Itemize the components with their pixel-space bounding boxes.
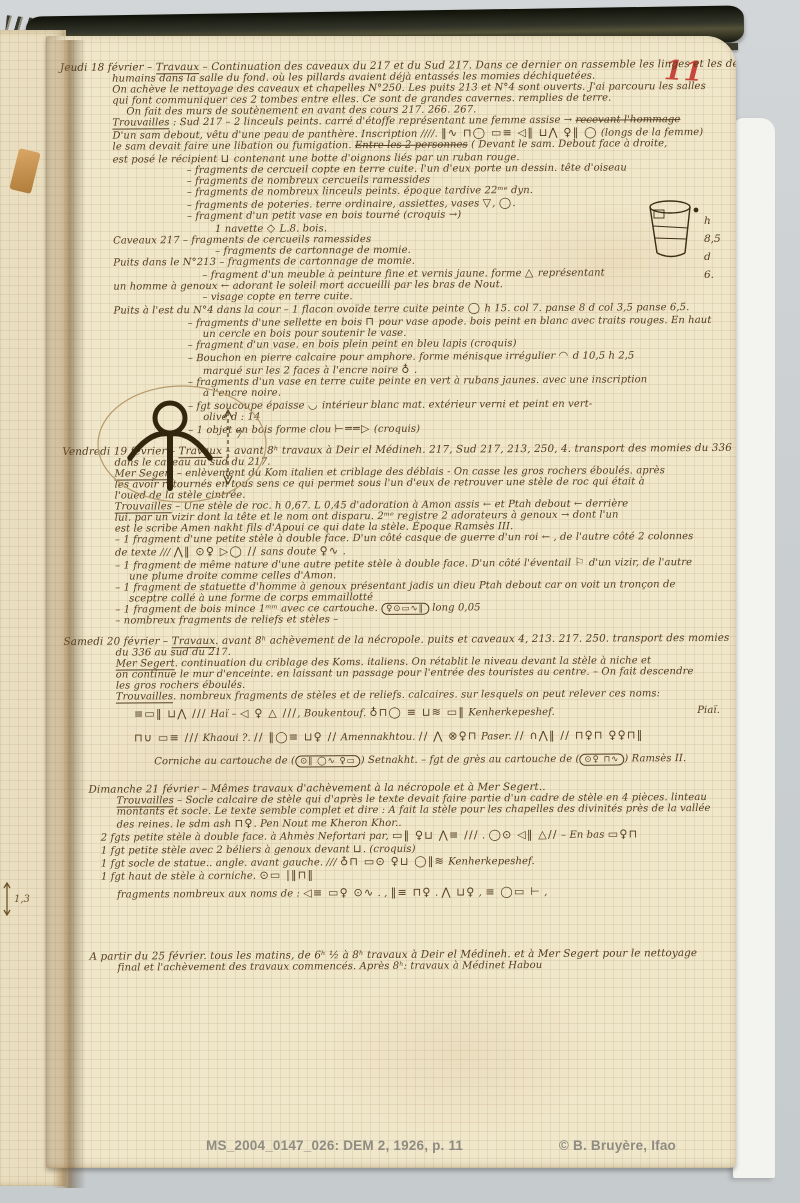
text-segment: – En bas xyxy=(558,830,608,841)
text-segment: . xyxy=(411,365,418,376)
cup-sketch: h 8,5 d 6. xyxy=(648,198,700,265)
notebook-photo: 11 Jeudi 18 février – Travaux – Continua… xyxy=(0,0,800,1203)
cartouche: ♀⊙▭∿‖ xyxy=(381,603,429,615)
text-segment: long 0,05 xyxy=(429,602,481,613)
text-segment: d'un vizir, de l'autre xyxy=(585,557,692,569)
hieroglyphs: ⋀ ⊔♀ xyxy=(441,885,475,898)
text-segment: 1 navette xyxy=(215,224,267,235)
text-segment: des reines. le sdm ash xyxy=(117,819,235,831)
text-segment: – nombreux fragments de reliefs et stèle… xyxy=(115,614,338,626)
text-segment: . , xyxy=(374,888,390,899)
text-segment: . xyxy=(479,830,489,841)
text-segment: Paser. xyxy=(478,731,515,742)
text-segment: Kenherkepeshef. xyxy=(465,707,555,719)
manuscript-line: fragments nombreux aux noms de : ◁≡ ▭♀ ⊙… xyxy=(51,879,736,907)
text-segment: . xyxy=(512,198,515,209)
text-segment: , Boukentouf. xyxy=(297,708,369,719)
hieroglyphs: ⊓♀ xyxy=(235,817,254,830)
text-segment: d 10,5 h 2,5 xyxy=(569,350,634,361)
hieroglyphs: // ‖◯≡ ⊔♀ // xyxy=(254,730,337,744)
caption-id: MS_2004_0147_026: DEM 2, 1926, p. 11 xyxy=(206,1138,463,1153)
text-segment: (croquis) xyxy=(371,424,421,435)
circled-mark-sketch: 7 xyxy=(94,382,274,515)
text-segment: Entre les 2 personnes xyxy=(355,139,468,151)
margin-measurement-note: 1,3 xyxy=(2,880,30,918)
hieroglyphs: // ⋀ ⊗♀⊓ xyxy=(419,729,478,742)
text-segment: final et l'achèvement des travaux commen… xyxy=(118,960,543,974)
hieroglyphs: // ∩⋀‖ // ⊓♀⊓ ♀♀⊓‖ xyxy=(515,728,643,742)
manuscript-page: 11 Jeudi 18 février – Travaux – Continua… xyxy=(46,36,736,1168)
text-segment: – 1 fragment de bois mince 1ᵐᵐ avec ce c… xyxy=(115,603,381,616)
hieroglyphs: ‖≡ ⊓♀ xyxy=(391,886,432,899)
text-segment: ) Ramsès II. xyxy=(624,753,686,764)
double-arrow-icon xyxy=(2,880,12,918)
text-segment: . Pen Nout me Kheron Khor.. xyxy=(254,818,402,830)
text-segment: de texte /// xyxy=(115,547,174,558)
hieroglyphs: ◯ xyxy=(499,196,513,209)
caption: MS_2004_0147_026: DEM 2, 1926, p. 11 © B… xyxy=(206,1138,676,1153)
circled-mark-drawing xyxy=(94,382,274,510)
hieroglyphs: ◯⊙ ◁‖ △// xyxy=(489,828,558,841)
hieroglyphs: ⊓∪ ▭≡ /// xyxy=(134,731,199,744)
text-segment: . (croquis) xyxy=(363,844,416,855)
text-segment: Corniche au cartouche de ( xyxy=(154,755,295,767)
text-segment: – visage copte en terre cuite. xyxy=(202,291,352,303)
manuscript-lines: Jeudi 18 février – Travaux – Continuatio… xyxy=(46,58,736,974)
gutter-seam xyxy=(52,40,86,1188)
margin-note-value: 1,3 xyxy=(14,894,30,905)
hieroglyphs: ⊔ xyxy=(353,842,363,855)
text-segment: L.8. bois. xyxy=(276,223,327,234)
hieroglyphs: ◯ xyxy=(468,301,482,314)
hieroglyphs: ◁ ♀ △ /// xyxy=(240,706,297,719)
text-segment: Amennakhtou. xyxy=(337,732,418,743)
hieroglyphs: ⊓ xyxy=(365,315,375,328)
hieroglyphs: ◇ xyxy=(267,222,277,235)
text-segment: recevant l'hommage xyxy=(575,114,680,126)
text-segment: , xyxy=(475,887,485,898)
hieroglyphs: ≡ ◯▭ ⊢ xyxy=(485,885,541,898)
caption-credit: © B. Bruyère, Ifao xyxy=(559,1138,676,1153)
text-segment: ) Setnakht. – fgt de grès au cartouche d… xyxy=(361,754,580,766)
cup-height-label: h 8,5 xyxy=(704,212,721,248)
text-segment: pour vase apode. bois peint en blanc ave… xyxy=(375,315,711,328)
text-segment: Kenherkepeshef. xyxy=(445,856,535,868)
hieroglyphs: ⊔ xyxy=(221,152,231,165)
hieroglyphs: ▭‖ ♀⊔ ⋀≡ /// xyxy=(392,828,479,842)
text-segment: Haï – xyxy=(207,709,240,720)
hieroglyphs: ♁⊓ ▭⊙ ♀⊔ ◯‖≋ xyxy=(340,855,445,869)
text-segment: ( Devant le sam. Debout face à droite, xyxy=(468,138,668,150)
hieroglyphs: ≡▭‖ ⊔⋀ /// xyxy=(134,707,207,720)
text-segment: du 336 au sud du 217. xyxy=(116,647,231,659)
cartouche: ⊙‖ ◯∿ ♀▭ xyxy=(295,755,361,767)
text-segment: représentant xyxy=(535,268,605,279)
text-segment: . xyxy=(432,888,442,899)
text-segment: . xyxy=(339,546,346,557)
text-segment: Piaï. xyxy=(697,699,720,722)
text-segment: (longs de la femme) xyxy=(598,127,704,139)
hieroglyphs: ⚐ xyxy=(574,556,585,569)
hieroglyphs: ⊢══▷ xyxy=(334,422,370,435)
hieroglyphs: ♁⊓◯ ≡ ⊔≋ ▭‖ xyxy=(369,705,465,719)
cup-sketch-drawing xyxy=(648,198,700,260)
hieroglyphs: ◡ xyxy=(308,398,319,411)
text-segment: , xyxy=(541,887,548,898)
text-segment: est posé le récipient xyxy=(113,154,221,166)
hieroglyphs: ▭♀⊓ xyxy=(608,827,639,840)
text-segment: Khaoui ?. xyxy=(199,733,254,744)
hieroglyphs: ⋀‖ ⊙♀ ▷◯ // xyxy=(174,545,258,559)
cup-dimensions: h 8,5 d 6. xyxy=(704,212,721,284)
text-segment: intérieur blanc mat. extérieur verni et … xyxy=(319,399,593,412)
hieroglyphs: △ xyxy=(525,266,535,279)
text-segment: – fragment d'un petit vase en bois tourn… xyxy=(187,209,461,222)
hieroglyphs: ◁≡ ▭♀ ⊙∿ xyxy=(303,886,374,899)
text-segment: les gros rochers éboulés. xyxy=(116,680,246,692)
cup-diameter-label: d 6. xyxy=(704,248,721,284)
hieroglyphs: ◠ xyxy=(559,349,570,362)
manuscript-line: Corniche au cartouche de (⊙‖ ◯∿ ♀▭) Setn… xyxy=(50,747,736,775)
text-segment: sans doute xyxy=(257,546,319,557)
hieroglyphs: ♁ xyxy=(401,363,410,376)
hieroglyphs: ⊙▭ |‖⊓‖ xyxy=(259,868,314,881)
cartouche: ⊙♀ ⊓∿ xyxy=(579,753,624,765)
hieroglyphs: ‖∿ ⊓◯ ▭≡ ◁‖ ⊔⋀ ♀‖ ◯ xyxy=(441,126,598,140)
hieroglyphs: ♀∿ xyxy=(320,544,340,557)
loose-white-sheet xyxy=(733,118,775,1178)
mark-dimension-label: 7 xyxy=(236,430,242,441)
text-segment: fragments nombreux aux noms de : xyxy=(117,888,303,900)
